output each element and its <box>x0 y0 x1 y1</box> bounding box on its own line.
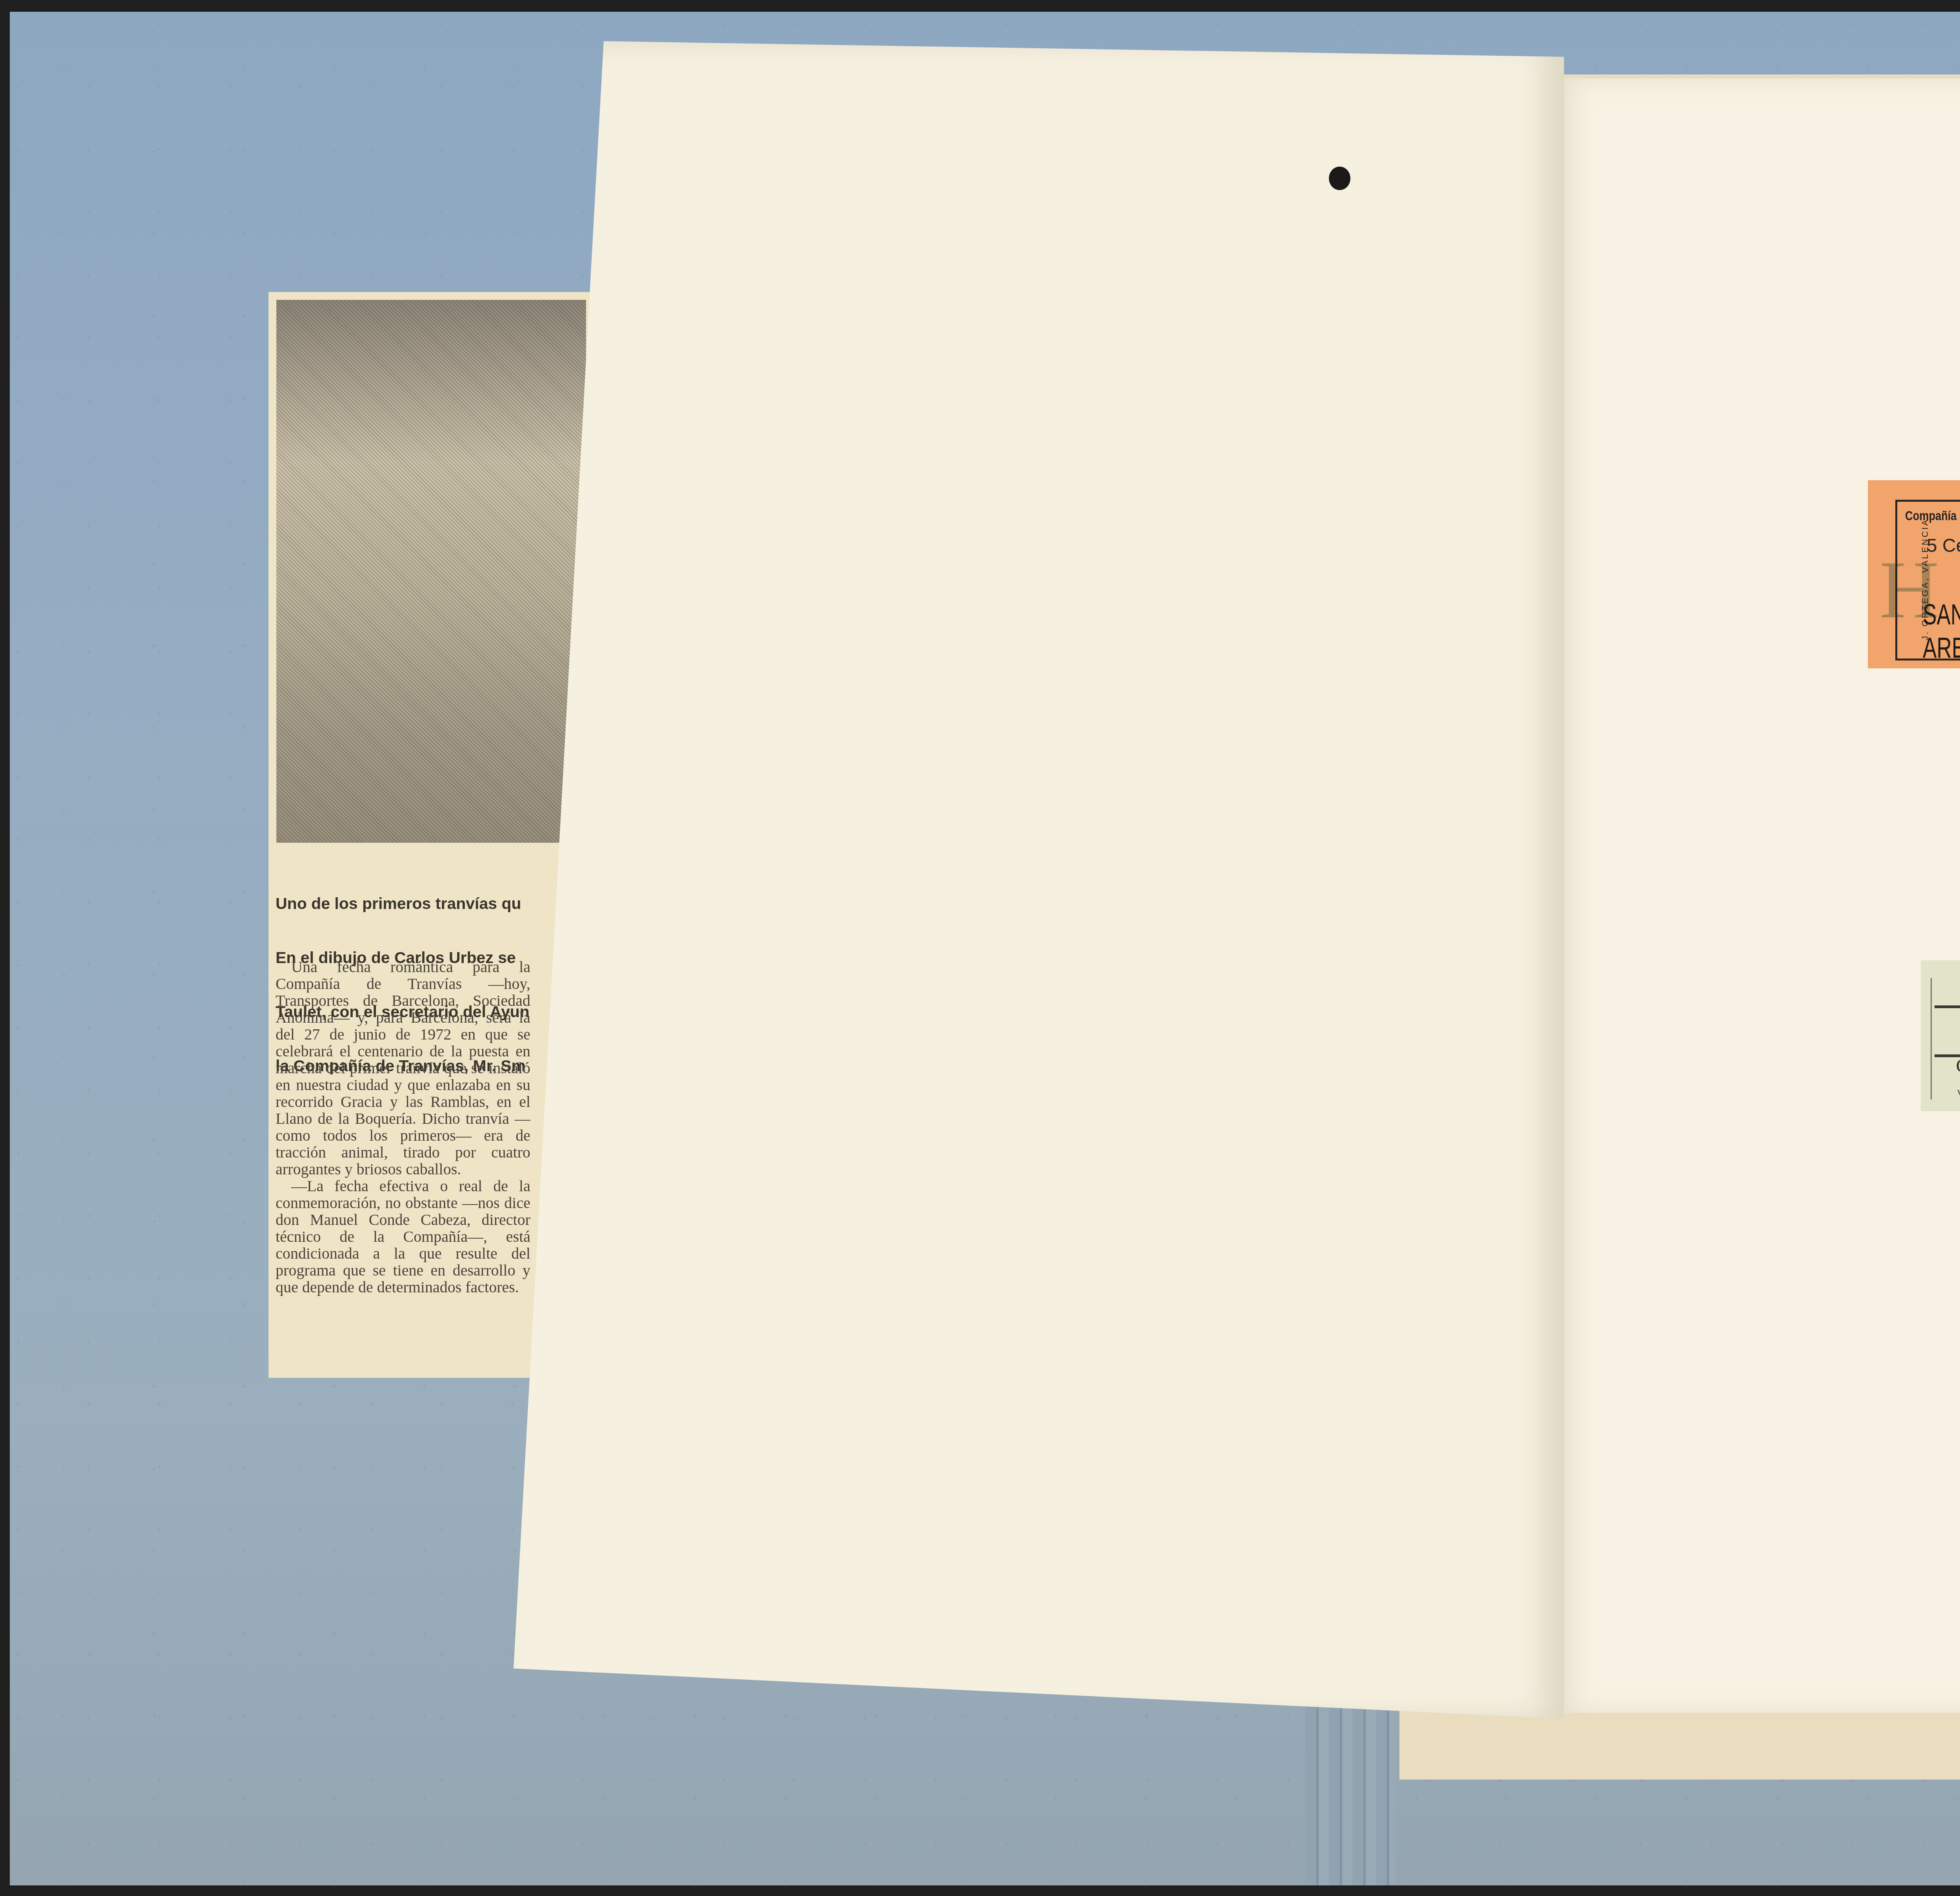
ticket-rule <box>1935 1054 1960 1057</box>
ticket-rule <box>1931 978 1932 1099</box>
ticket-note: CONSERVAR el billete á disposición de lo… <box>1936 1063 1960 1099</box>
note-line: pleados de la Compañía que lo reclamen. <box>1936 1075 1960 1087</box>
route-stop: Gracia <box>1938 1013 1960 1034</box>
note-line: Valedero por el trayecto en que ha sido … <box>1936 1087 1960 1099</box>
ink-stain <box>1329 167 1350 190</box>
ticket-price: 5 Cénts. <box>1927 535 1960 557</box>
clipping-paragraph: Una fecha romántica para la Compañía de … <box>276 958 530 1178</box>
clipping-paragraph: —La fecha efectiva o real de la conmemor… <box>276 1178 530 1295</box>
clipping-photo <box>276 300 586 843</box>
tram-ticket-green: CATALANA RIPPERTS Gracia Plaza Cataluña … <box>1921 960 1960 1111</box>
ticket-company: Compañía General de Tranvías <box>1905 508 1960 524</box>
caption-line: Uno de los primeros tranvías qu <box>276 894 585 913</box>
note-line: CONSERVAR el billete á disposición de lo… <box>1936 1063 1960 1075</box>
left-page[interactable] <box>514 41 1564 1719</box>
ticket-rule <box>1935 1005 1960 1008</box>
ticket-route: SANS (ESTACIÓN)-ARENAS <box>1923 598 1960 664</box>
right-page[interactable] <box>1556 78 1960 1713</box>
clipping-body: Una fecha romántica para la Compañía de … <box>276 958 530 1295</box>
tram-ticket-orange: H J. ORTEGA, VALENCIA Compañía General d… <box>1868 480 1960 668</box>
